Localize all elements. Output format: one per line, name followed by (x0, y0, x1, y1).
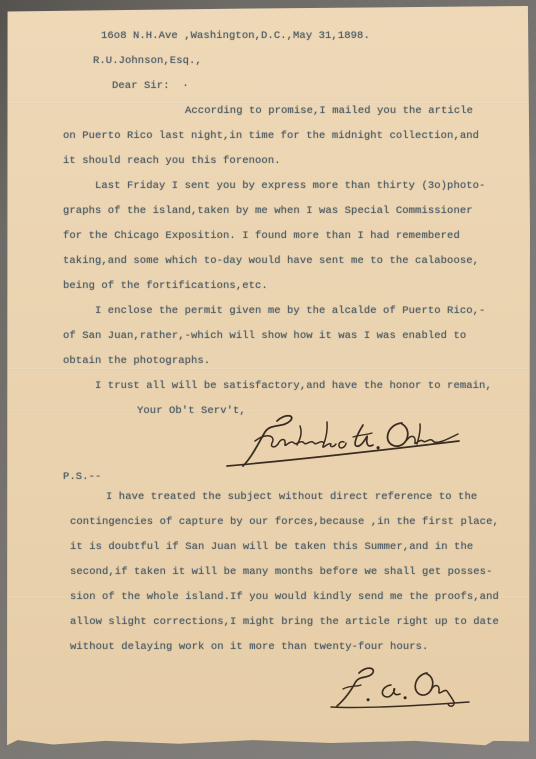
letter-line: obtain the photographs. (6, 349, 530, 374)
scanned-letter-page: { "page": { "background_color": "#7b7874… (0, 0, 536, 759)
letter-line: allow slight corrections,I might bring t… (6, 610, 530, 635)
letter-line: on Puerto Rico last night,in time for th… (6, 124, 530, 149)
letter-line: I have treated the subject without direc… (6, 485, 530, 510)
letter-line: I enclose the permit given me by the alc… (6, 299, 530, 324)
letter-line: graphs of the island,taken by me when I … (6, 199, 530, 224)
letter-line: 16o8 N.H.Ave ,Washington,D.C.,May 31,189… (6, 24, 530, 49)
signature-spacer (6, 424, 530, 469)
letter-line: According to promise,I mailed you the ar… (6, 99, 530, 124)
letter-line: Your Ob't Serv't, (6, 399, 530, 424)
letter-line: without delaying work on it more than tw… (6, 635, 530, 660)
letter-line: second,if taken it will be many months b… (6, 560, 530, 585)
letter-line: of San Juan,rather,-which will show how … (6, 324, 530, 349)
letter-line: for the Chicago Exposition. I found more… (6, 224, 530, 249)
letter-main-block: 16o8 N.H.Ave ,Washington,D.C.,May 31,189… (6, 24, 530, 424)
letter-line: Last Friday I sent you by express more t… (6, 174, 530, 199)
letter-line: it is doubtful if San Juan will be taken… (6, 535, 530, 560)
letter-content: 16o8 N.H.Ave ,Washington,D.C.,May 31,189… (6, 6, 530, 746)
letter-line: I trust all will be satisfactory,and hav… (6, 374, 530, 399)
letter-line: Dear Sir: · (6, 74, 530, 99)
letter-line: it should reach you this forenoon. (6, 149, 530, 174)
letter-line: contingencies of capture by our forces,b… (6, 510, 530, 535)
letter-postscript-block: P.S.--I have treated the subject without… (6, 469, 530, 660)
letter-line: sion of the whole island.If you would ki… (6, 585, 530, 610)
letter-line: R.U.Johnson,Esq., (6, 49, 530, 74)
letter-line: being of the fortifications,etc. (6, 274, 530, 299)
letter-paper: 16o8 N.H.Ave ,Washington,D.C.,May 31,189… (6, 6, 530, 746)
letter-line: taking,and some which to-day would have … (6, 249, 530, 274)
letter-line: P.S.-- (6, 469, 530, 485)
